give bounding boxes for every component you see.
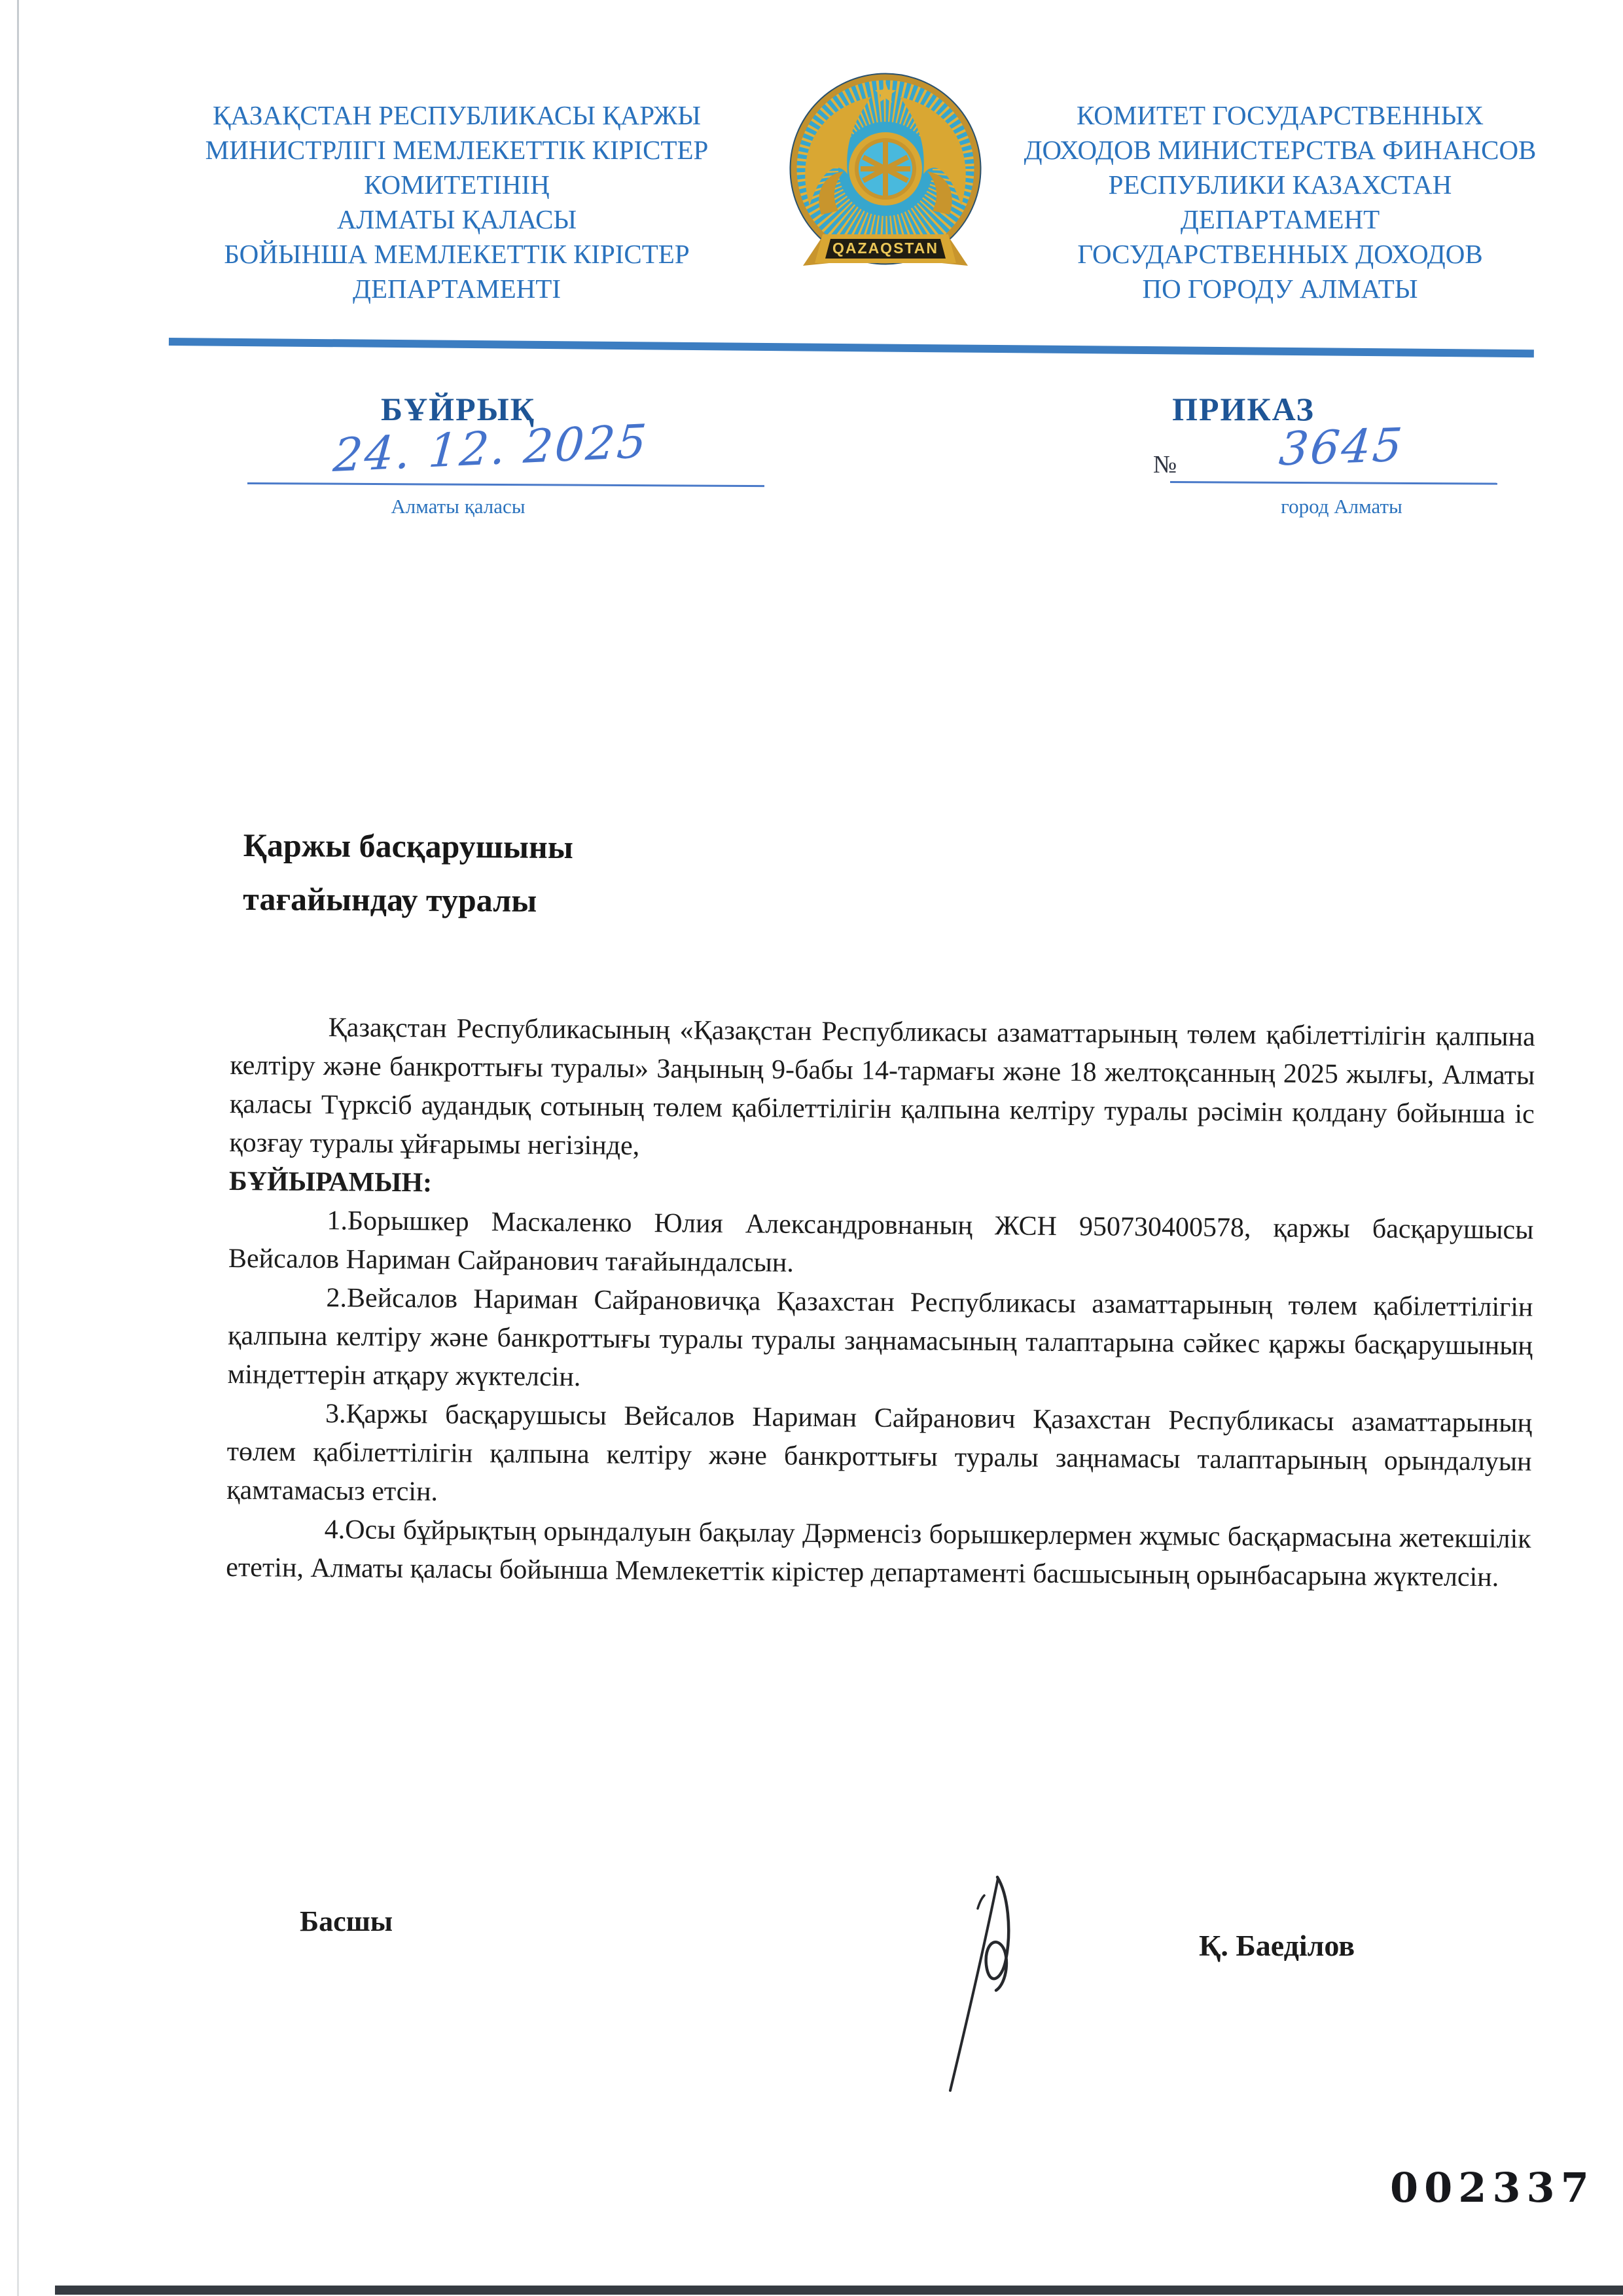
header-line: МИНИСТРЛІГІ МЕМЛЕКЕТТІК КІРІСТЕР [174,133,740,168]
emblem-graphic: QAZAQSTAN [787,63,984,291]
document-title-line2: тағайындау туралы [243,872,573,927]
header-line: ҚАЗАҚСТАН РЕСПУБЛИКАСЫ ҚАРЖЫ [174,98,740,133]
number-sign: № [1153,450,1177,479]
document-title: Қаржы басқарушыны тағайындау туралы [243,818,573,927]
header-line: РЕСПУБЛИКИ КАЗАХСТАН [1018,168,1542,202]
order-number-handwritten: 3645 [1228,416,1455,478]
header-line: АЛМАТЫ ҚАЛАСЫ [174,202,740,237]
signature-loop [986,1877,1009,1990]
scan-edge-left [17,0,19,2296]
header-org-russian: КОМИТЕТ ГОСУДАРСТВЕННЫХ ДОХОДОВ МИНИСТЕР… [1018,98,1542,306]
header-line: ДОХОДОВ МИНИСТЕРСТВА ФИНАНСОВ [1018,133,1542,168]
document-title-line1: Қаржы басқарушыны [243,818,573,874]
order-item-3: 3.Қаржы басқарушысы Вейсалов Нариман Сай… [226,1394,1532,1520]
scanned-order-document: ҚАЗАҚСТАН РЕСПУБЛИКАСЫ ҚАРЖЫ МИНИСТРЛІГІ… [0,0,1623,2296]
form-serial-number: 002337 [1390,2164,1595,2212]
order-item-2: 2.Вейсалов Нариман Сайрановичқа Қазахста… [227,1278,1533,1405]
signatory-name: Қ. Баеділов [1199,1928,1355,1963]
date-underline [247,482,764,487]
intro-paragraph: Қазақстан Республикасының «Қазақстан Рес… [229,1008,1535,1173]
handwritten-signature [915,1868,1052,2097]
signatory-position-label: Басшы [300,1905,393,1938]
city-label-kazakh: Алматы қаласы [275,495,641,518]
scan-edge-bottom [55,2286,1623,2295]
header-line: ПО ГОРОДУ АЛМАТЫ [1018,272,1542,306]
header-line: ГОСУДАРСТВЕННЫХ ДОХОДОВ [1018,237,1542,272]
order-item-1: 1.Борышкер Маскаленко Юлия Александровна… [228,1201,1534,1289]
header-line: ДЕПАРТАМЕНТІ [174,272,740,306]
signature-tail [950,1878,998,2090]
number-underline [1170,481,1497,485]
header-line: КОМИТЕТ ГОСУДАРСТВЕННЫХ [1018,98,1542,133]
header-divider-line [169,338,1534,357]
header-line: ДЕПАРТАМЕНТ [1018,202,1542,237]
document-body: Қазақстан Республикасының «Қазақстан Рес… [226,1008,1535,1598]
order-item-4: 4.Осы бұйрықтың орындалуын бақылау Дәрме… [226,1510,1531,1598]
kazakhstan-coat-of-arms: QAZAQSTAN [787,63,984,291]
city-label-russian: город Алматы [1211,495,1472,518]
emblem-banner-text: QAZAQSTAN [832,240,938,257]
header-line: БОЙЫНША МЕМЛЕКЕТТІК КІРІСТЕР [174,237,740,272]
signature-tick [978,1895,984,1909]
header-org-kazakh: ҚАЗАҚСТАН РЕСПУБЛИКАСЫ ҚАРЖЫ МИНИСТРЛІГІ… [174,98,740,306]
header-line: КОМИТЕТІНІҢ [174,168,740,202]
